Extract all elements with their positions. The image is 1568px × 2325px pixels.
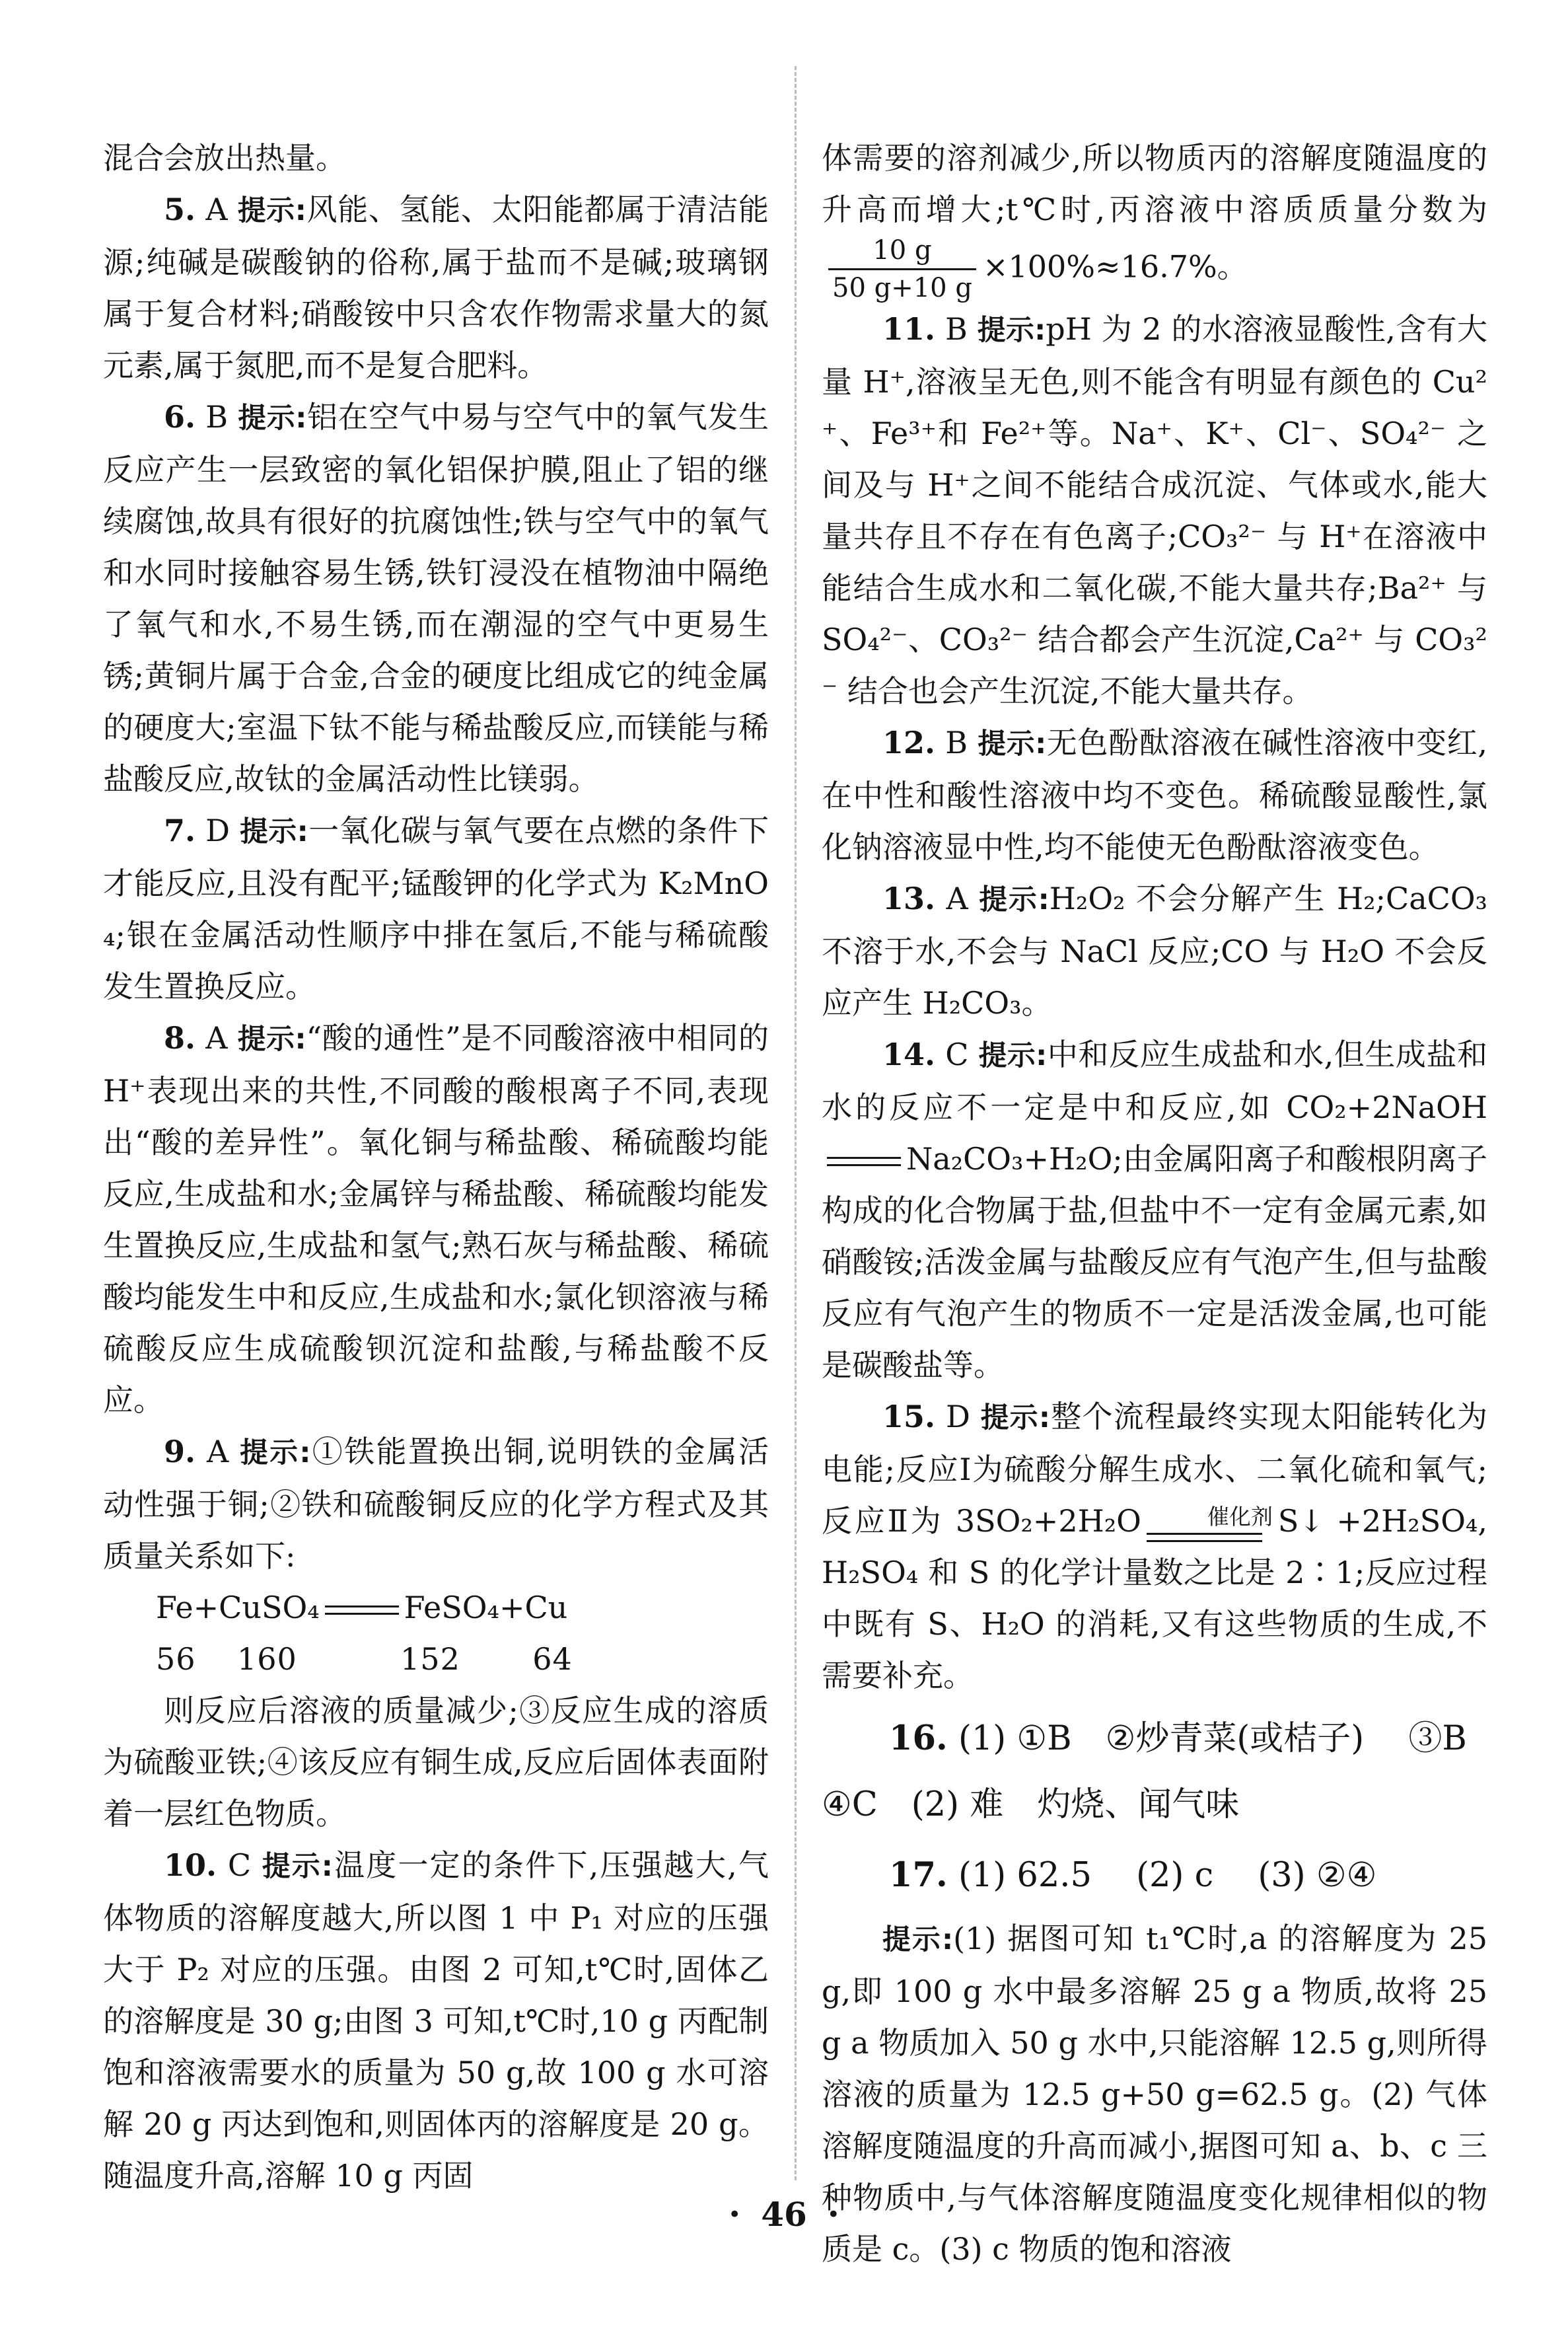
text-run: ×100%≈16.7%。: [983, 249, 1248, 285]
fraction-denominator: 50 g+10 g: [828, 270, 976, 303]
tip-label: 提示:: [978, 727, 1046, 760]
para-9-continuation: 则反应后溶液的质量减少;③反应生成的溶质为硫酸亚铁;④该反应有铜生成,反应后固体…: [103, 1685, 769, 1839]
tip-label: 提示:: [238, 402, 306, 435]
text-run: ④C (2) 难 灼烧、闻气味: [822, 1785, 1239, 1824]
text-run: A: [196, 1434, 240, 1469]
text-run: D: [196, 813, 240, 848]
text-run: D: [935, 1399, 981, 1434]
column-divider: [795, 66, 797, 2180]
answer-item-15: 15. D 提示:整个流程最终实现太阳能转化为电能;反应Ⅰ为硫酸分解生成水、二氧…: [822, 1391, 1487, 1701]
page-number: 46: [761, 2195, 807, 2234]
text-run: “酸的通性”是不同酸溶液中相同的 H⁺表现出来的共性,不同酸的酸根离子不同,表现…: [103, 1020, 769, 1418]
text-run: C: [935, 1037, 979, 1072]
item-number: 6.: [164, 399, 196, 435]
tip-label: 提示:: [882, 1923, 953, 1956]
text-run: 56 160 152 64: [156, 1641, 573, 1677]
text-run: 体需要的溶剂减少,所以物质丙的溶解度随温度的升高而增大;t℃时,丙溶液中溶质质量…: [822, 140, 1487, 227]
item-number: 7.: [164, 813, 196, 848]
right-column: 体需要的溶剂减少,所以物质丙的溶解度随温度的升高而增大;t℃时,丙溶液中溶质质量…: [822, 132, 1487, 2275]
answer-item-5: 5. A 提示:风能、氢能、太阳能都属于清洁能源;纯碱是碳酸钠的俗称,属于盐而不…: [103, 184, 769, 391]
footer-dot-left: •: [728, 2201, 741, 2228]
item-number: 9.: [164, 1434, 196, 1469]
text-run: A: [935, 881, 979, 916]
fraction: 10 g50 g+10 g: [828, 235, 976, 303]
text-run: 混合会放出热量。: [103, 140, 346, 176]
text-run: Na₂CO₃+H₂O;由金属阳离子和酸根阴离子构成的化合物属于盐,但盐中不一定有…: [822, 1141, 1487, 1383]
answer-17-tip: 提示:(1) 据图可知 t₁℃时,a 的溶解度为 25 g,即 100 g 水中…: [822, 1913, 1487, 2275]
text-run: 则反应后溶液的质量减少;③反应生成的溶质为硫酸亚铁;④该反应有铜生成,反应后固体…: [103, 1693, 769, 1831]
fraction-numerator: 10 g: [828, 235, 976, 270]
para-4-continuation: 混合会放出热量。: [103, 132, 769, 184]
answer-item-10: 10. C 提示:温度一定的条件下,压强越大,气体物质的溶解度越大,所以图 1 …: [103, 1839, 769, 2201]
item-number: 8.: [164, 1020, 196, 1056]
text-run: FeSO₄+Cu: [404, 1590, 568, 1625]
answer-item-6: 6. B 提示:铝在空气中易与空气中的氧气发生反应产生一层致密的氧化铝保护膜,阻…: [103, 391, 769, 805]
text-run: (1) 62.5 (2) c (3) ②④: [948, 1856, 1377, 1895]
page-footer: • 46 •: [652, 2195, 916, 2234]
mass-relation: 56 160 152 64: [103, 1633, 769, 1685]
answer-item-12: 12. B 提示:无色酚酞溶液在碱性溶液中变红,在中性和酸性溶液中均不变色。稀硫…: [822, 717, 1487, 873]
text-run: (1) 据图可知 t₁℃时,a 的溶解度为 25 g,即 100 g 水中最多溶…: [822, 1921, 1487, 2267]
tip-label: 提示:: [981, 1401, 1050, 1434]
answer-item-13: 13. A 提示:H₂O₂ 不会分解产生 H₂;CaCO₃ 不溶于水,不会与 N…: [822, 873, 1487, 1029]
text-run: A: [196, 192, 238, 227]
answer-item-7: 7. D 提示:一氧化碳与氧气要在点燃的条件下才能反应,且没有配平;锰酸钾的化学…: [103, 805, 769, 1012]
text-run: pH 为 2 的水溶液显酸性,含有大量 H⁺,溶液呈无色,则不能含有明显有颜色的…: [822, 311, 1487, 709]
footer-dot-right: •: [827, 2201, 840, 2228]
answer-key-page: 混合会放出热量。5. A 提示:风能、氢能、太阳能都属于清洁能源;纯碱是碳酸钠的…: [0, 0, 1568, 2325]
double-bond-equals: [325, 1605, 399, 1615]
item-number: 12.: [882, 725, 935, 760]
chemical-equation: Fe+CuSO₄FeSO₄+Cu: [103, 1582, 769, 1633]
tip-label: 提示:: [240, 1436, 310, 1469]
answer-item-14: 14. C 提示:中和反应生成盐和水,但生成盐和水的反应不一定是中和反应,如 C…: [822, 1029, 1487, 1391]
tip-label: 提示:: [238, 194, 306, 227]
text-run: B: [935, 311, 978, 347]
catalyst-condition-over-equals: 催化剂: [1147, 1505, 1273, 1541]
text-run: 铝在空气中易与空气中的氧气发生反应产生一层致密的氧化铝保护膜,阻止了铝的继续腐蚀…: [103, 399, 769, 797]
item-number: 16.: [889, 1718, 948, 1758]
tip-label: 提示:: [978, 314, 1046, 347]
text-run: 温度一定的条件下,压强越大,气体物质的溶解度越大,所以图 1 中 P₁ 对应的压…: [103, 1847, 769, 2194]
tip-label: 提示:: [240, 815, 308, 848]
tip-label: 提示:: [238, 1023, 306, 1056]
item-number: 13.: [882, 881, 935, 916]
answer-item-11: 11. B 提示:pH 为 2 的水溶液显酸性,含有大量 H⁺,溶液呈无色,则不…: [822, 303, 1487, 717]
text-run: Fe+CuSO₄: [156, 1590, 320, 1625]
item-number: 11.: [882, 311, 935, 347]
item-number: 5.: [164, 192, 196, 227]
tip-label: 提示:: [979, 1039, 1048, 1072]
catalyst-label: 催化剂: [1147, 1505, 1273, 1529]
tip-label: 提示:: [979, 883, 1049, 916]
text-run: A: [196, 1020, 238, 1056]
para-10-continuation: 体需要的溶剂减少,所以物质丙的溶解度随温度的升高而增大;t℃时,丙溶液中溶质质量…: [822, 132, 1487, 303]
item-number: 14.: [882, 1037, 935, 1072]
text-run: B: [196, 399, 238, 435]
item-number: 10.: [164, 1847, 217, 1883]
answer-item-16: 16. (1) ①B ②炒青菜(或桔子) ③B④C (2) 难 灼烧、闻气味: [822, 1705, 1487, 1838]
answer-item-17: 17. (1) 62.5 (2) c (3) ②④: [822, 1842, 1487, 1909]
left-column: 混合会放出热量。5. A 提示:风能、氢能、太阳能都属于清洁能源;纯碱是碳酸钠的…: [103, 132, 769, 2201]
text-run: C: [217, 1847, 262, 1883]
text-run: (1) ①B ②炒青菜(或桔子) ③B: [948, 1719, 1467, 1758]
item-number: 17.: [889, 1855, 948, 1895]
item-number: 15.: [882, 1399, 935, 1434]
text-run: B: [935, 725, 978, 760]
answer-item-9: 9. A 提示:①铁能置换出铜,说明铁的金属活动性强于铜;②铁和硫酸铜反应的化学…: [103, 1426, 769, 1582]
double-bond-equals: [827, 1157, 901, 1166]
tip-label: 提示:: [262, 1850, 333, 1883]
answer-item-8: 8. A 提示:“酸的通性”是不同酸溶液中相同的 H⁺表现出来的共性,不同酸的酸…: [103, 1012, 769, 1426]
double-bond-equals: [1147, 1533, 1262, 1542]
